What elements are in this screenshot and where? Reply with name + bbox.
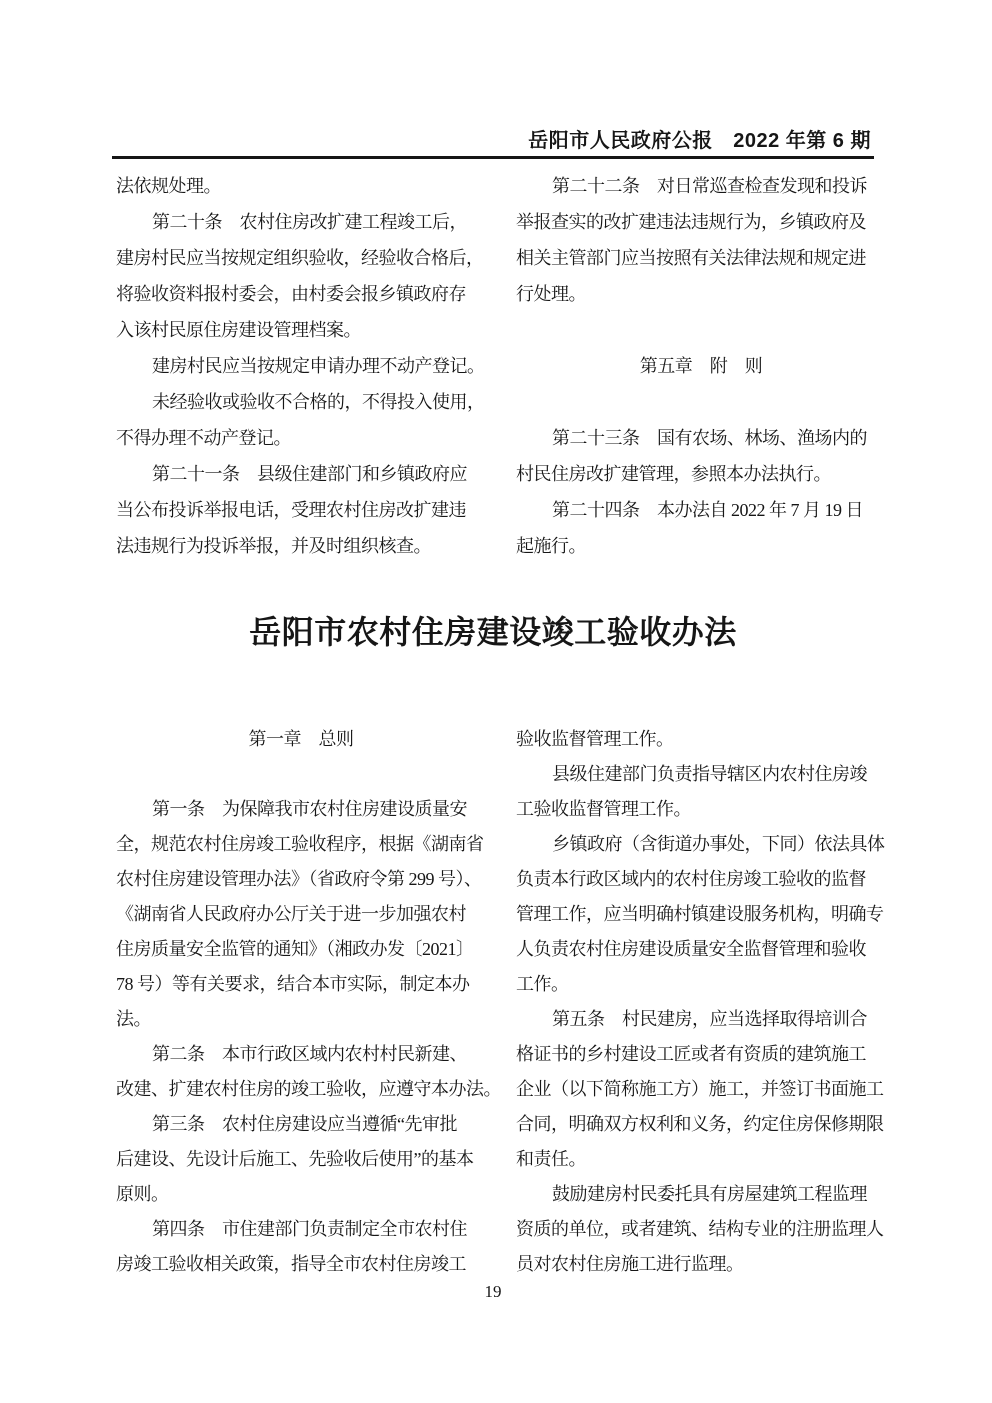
text-line: 住房质量安全监管的通知》（湘政办发〔2021〕 <box>116 932 486 967</box>
text-line: 改建、扩建农村住房的竣工验收，应遵守本办法。 <box>116 1072 486 1107</box>
blank-line <box>116 757 486 792</box>
text-line: 和责任。 <box>516 1142 886 1177</box>
text-line: 村民住房改扩建管理，参照本办法执行。 <box>516 456 886 492</box>
text-line: 将验收资料报村委会，由村委会报乡镇政府存 <box>116 276 486 312</box>
text-line: 验收监督管理工作。 <box>516 722 886 757</box>
text-line: 第二十二条 对日常巡查检查发现和投诉 <box>516 168 886 204</box>
text-line: 鼓励建房村民委托具有房屋建筑工程监理 <box>516 1177 886 1212</box>
text-line: 合同，明确双方权利和义务，约定住房保修期限 <box>516 1107 886 1142</box>
text-line: 建房村民应当按规定组织验收，经验收合格后， <box>116 240 486 276</box>
text-line: 全，规范农村住房竣工验收程序，根据《湖南省 <box>116 827 486 862</box>
text-line: 第五条 村民建房，应当选择取得培训合 <box>516 1002 886 1037</box>
text-line: 法依规处理。 <box>116 168 486 204</box>
text-line: 格证书的乡村建设工匠或者有资质的建筑施工 <box>516 1037 886 1072</box>
text-line: 行处理。 <box>516 276 886 312</box>
text-line: 未经验收或验收不合格的，不得投入使用， <box>116 384 486 420</box>
gazette-page: 岳阳市人民政府公报 2022 年第 6 期 法依规处理。第二十条 农村住房改扩建… <box>0 0 992 1403</box>
text-line: 不得办理不动产登记。 <box>116 420 486 456</box>
gazette-masthead: 岳阳市人民政府公报 2022 年第 6 期 <box>113 129 871 153</box>
text-line: 员对农村住房施工进行监理。 <box>516 1247 886 1282</box>
chapter-heading: 第一章 总则 <box>116 722 486 757</box>
text-line: 第二十四条 本办法自 2022 年 7 月 19 日 <box>516 492 886 528</box>
text-line: 管理工作，应当明确村镇建设服务机构，明确专 <box>516 897 886 932</box>
text-line: 建房村民应当按规定申请办理不动产登记。 <box>116 348 486 384</box>
text-line: 第二十条 农村住房改扩建工程竣工后， <box>116 204 486 240</box>
text-line: 房竣工验收相关政策，指导全市农村住房竣工 <box>116 1247 486 1282</box>
text-line: 《湖南省人民政府办公厅关于进一步加强农村 <box>116 897 486 932</box>
blank-line <box>516 384 886 420</box>
text-line: 起施行。 <box>516 528 886 564</box>
text-line: 入该村民原住房建设管理档案。 <box>116 312 486 348</box>
text-line: 县级住建部门负责指导辖区内农村住房竣 <box>516 757 886 792</box>
text-line: 法违规行为投诉举报，并及时组织核查。 <box>116 528 486 564</box>
header-rule <box>112 156 874 159</box>
text-line: 举报查实的改扩建违法违规行为，乡镇政府及 <box>516 204 886 240</box>
text-line: 资质的单位，或者建筑、结构专业的注册监理人 <box>516 1212 886 1247</box>
blank-line <box>516 312 886 348</box>
text-line: 第二十三条 国有农场、林场、渔场内的 <box>516 420 886 456</box>
top-article-right-column: 第二十二条 对日常巡查检查发现和投诉举报查实的改扩建违法违规行为，乡镇政府及相关… <box>516 168 886 564</box>
body-article-right-column: 验收监督管理工作。县级住建部门负责指导辖区内农村住房竣工验收监督管理工作。乡镇政… <box>516 722 886 1282</box>
text-line: 负责本行政区域内的农村住房竣工验收的监督 <box>516 862 886 897</box>
top-article-left-column: 法依规处理。第二十条 农村住房改扩建工程竣工后，建房村民应当按规定组织验收，经验… <box>116 168 486 564</box>
text-line: 乡镇政府（含街道办事处，下同）依法具体 <box>516 827 886 862</box>
text-line: 第二条 本市行政区域内农村村民新建、 <box>116 1037 486 1072</box>
text-line: 当公布投诉举报电话，受理农村住房改扩建违 <box>116 492 486 528</box>
page-number: 19 <box>113 1281 873 1303</box>
text-line: 后建设、先设计后施工、先验收后使用”的基本 <box>116 1142 486 1177</box>
text-line: 第二十一条 县级住建部门和乡镇政府应 <box>116 456 486 492</box>
text-line: 原则。 <box>116 1177 486 1212</box>
article-title: 岳阳市农村住房建设竣工验收办法 <box>113 608 873 656</box>
text-line: 第四条 市住建部门负责制定全市农村住 <box>116 1212 486 1247</box>
body-article-left-column: 第一章 总则第一条 为保障我市农村住房建设质量安全，规范农村住房竣工验收程序，根… <box>116 722 486 1282</box>
text-line: 相关主管部门应当按照有关法律法规和规定进 <box>516 240 886 276</box>
text-line: 法。 <box>116 1002 486 1037</box>
text-line: 第一条 为保障我市农村住房建设质量安 <box>116 792 486 827</box>
text-line: 企业（以下简称施工方）施工，并签订书面施工 <box>516 1072 886 1107</box>
text-line: 78 号）等有关要求，结合本市实际，制定本办 <box>116 967 486 1002</box>
text-line: 工验收监督管理工作。 <box>516 792 886 827</box>
text-line: 工作。 <box>516 967 886 1002</box>
text-line: 农村住房建设管理办法》（省政府令第 299 号）、 <box>116 862 486 897</box>
chapter-heading: 第五章 附 则 <box>516 348 886 384</box>
text-line: 第三条 农村住房建设应当遵循“先审批 <box>116 1107 486 1142</box>
text-line: 人负责农村住房建设质量安全监督管理和验收 <box>516 932 886 967</box>
